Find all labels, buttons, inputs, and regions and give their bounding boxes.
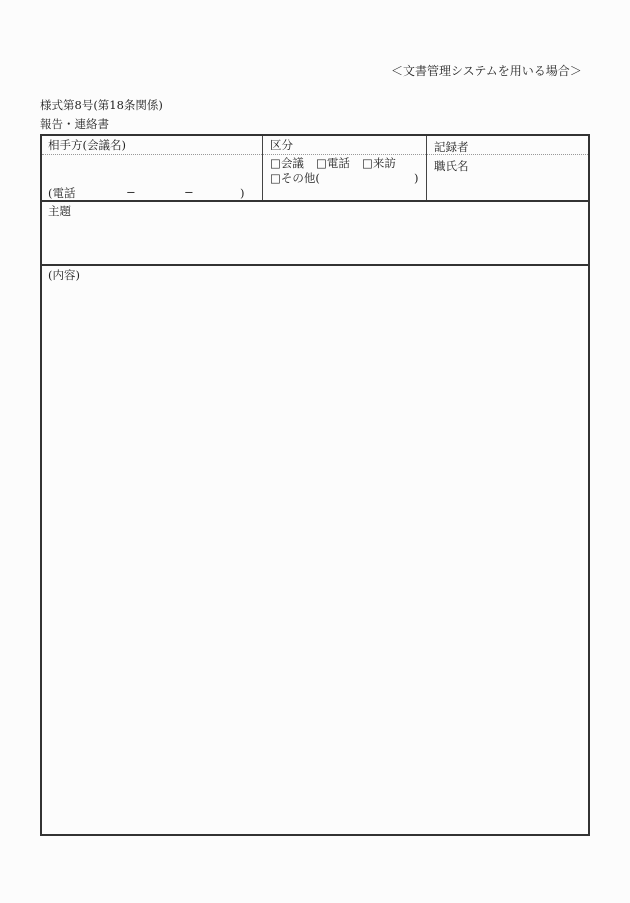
- recorder-label: 記録者: [434, 140, 469, 154]
- subject-label: 主題: [48, 204, 71, 218]
- phone-label: (電話: [48, 186, 76, 200]
- phone-dash: −: [184, 185, 194, 199]
- usage-note: ＜文書管理システムを用いる場合＞: [391, 64, 582, 78]
- category-option-meeting[interactable]: □会議: [270, 156, 304, 170]
- counterpart-label: 相手方(会議名): [48, 138, 126, 152]
- row-divider: [42, 200, 588, 202]
- counterpart-field[interactable]: [44, 156, 260, 200]
- header-dotted-line: [42, 154, 588, 155]
- subject-field[interactable]: [44, 218, 586, 262]
- category-other-close: ): [414, 171, 419, 185]
- content-field[interactable]: [44, 284, 586, 832]
- row-divider: [42, 264, 588, 266]
- form-number: 様式第8号(第18条関係): [40, 98, 163, 112]
- category-option-phone[interactable]: □電話: [316, 156, 350, 170]
- recorder-name-label: 職氏名: [434, 159, 469, 173]
- column-divider: [426, 136, 427, 200]
- phone-close: ): [240, 186, 245, 200]
- category-option-other[interactable]: □その他(: [270, 171, 320, 185]
- form-title: 報告・連絡書: [40, 117, 109, 131]
- column-divider: [262, 136, 263, 200]
- category-option-visit[interactable]: □来訪: [362, 156, 396, 170]
- phone-dash: −: [126, 185, 136, 199]
- category-label: 区分: [270, 138, 293, 152]
- content-label: (内容): [48, 268, 80, 282]
- report-form-table: 相手方(会議名) (電話 − − ) 区分 □会議 □電話 □来訪 □その他( …: [40, 134, 590, 836]
